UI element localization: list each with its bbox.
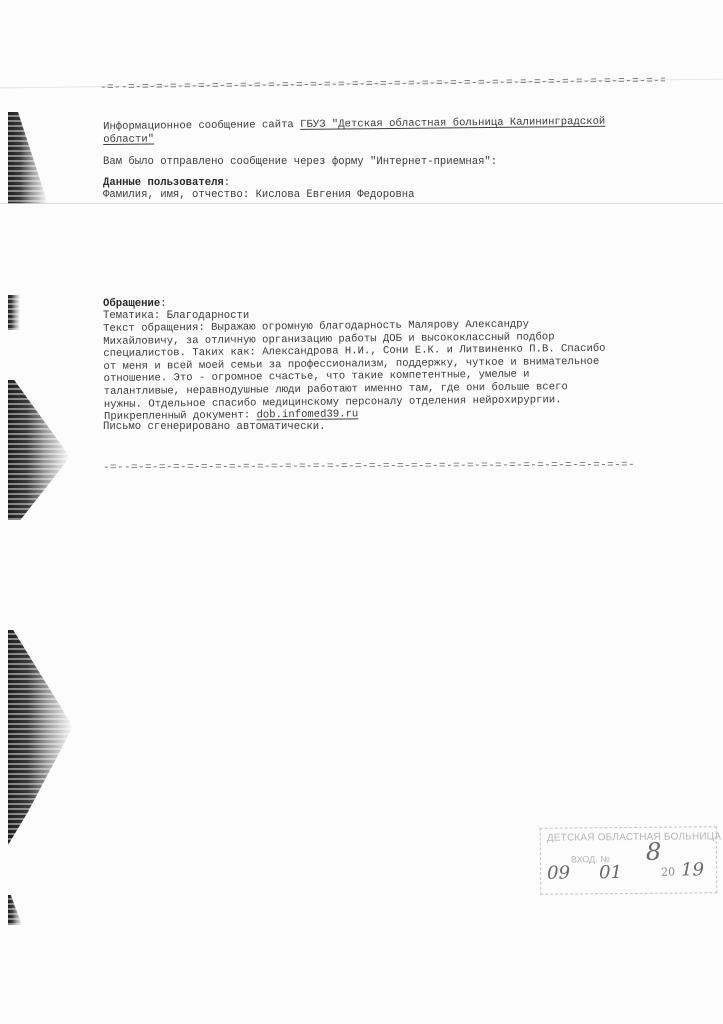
stamp-year-suffix: 19: [681, 859, 704, 880]
topic-value: Благодарности: [167, 310, 250, 322]
stamp-month: 01: [599, 862, 622, 883]
topic-label: Тематика:: [103, 310, 167, 322]
stamp-number: 8: [646, 838, 662, 866]
colon: :: [160, 298, 166, 310]
intro-block: Информационное сообщение сайта ГБУЗ "Дет…: [103, 116, 605, 146]
scan-edge-artifact: [8, 112, 48, 204]
scan-edge-artifact: [8, 380, 70, 520]
intro-prefix: Информационное сообщение сайта: [103, 119, 300, 133]
request-heading: Обращение:: [103, 298, 167, 311]
scan-edge-artifact: [8, 630, 73, 845]
scan-edge-artifact: [8, 295, 20, 330]
sent-via-text: Вам было отправлено сообщение через форм…: [103, 156, 497, 169]
stamp-year-prefix: 20: [661, 866, 675, 879]
separator-top: -=--=-=-=-=-=-=-=-=-=-=-=-=-=-=-=-=-=-=-…: [100, 75, 665, 94]
request-heading-text: Обращение: [103, 298, 160, 310]
full-name-value: Кислова Евгения Федоровна: [256, 189, 415, 201]
colon: :: [224, 177, 230, 189]
user-data-heading: Данные пользователя:: [103, 177, 230, 190]
scan-edge-artifact: [8, 895, 22, 925]
scanned-page: -=--=-=-=-=-=-=-=-=-=-=-=-=-=-=-=-=-=-=-…: [0, 0, 723, 1024]
site-name-link[interactable]: ГБУЗ "Детская областная больница Калинин…: [300, 116, 605, 131]
separator-bottom: -=--=-=-=-=-=-=-=-=-=-=-=-=-=-=-=-=-=-=-…: [103, 459, 633, 474]
full-name-label: Фамилия, имя, отчество:: [103, 189, 256, 201]
full-name-line: Фамилия, имя, отчество: Кислова Евгения …: [103, 189, 415, 202]
site-name-link-cont[interactable]: области": [103, 133, 154, 146]
incoming-stamp: ДЕТСКАЯ ОБЛАСТНАЯ БОЛЬНИЦА ВХОД. № 8 09 …: [540, 826, 718, 895]
stamp-day: 09: [547, 863, 570, 884]
stamp-organization: ДЕТСКАЯ ОБЛАСТНАЯ БОЛЬНИЦА: [547, 831, 722, 844]
scan-fold-line: [0, 203, 723, 204]
auto-generated-note: Письмо сгенерировано автоматически.: [103, 421, 326, 434]
request-text: Текст обращения: Выражаю огромную благод…: [103, 318, 606, 424]
attachment-link[interactable]: dob.infomed39.ru: [256, 408, 358, 421]
user-data-heading-text: Данные пользователя: [103, 177, 224, 189]
